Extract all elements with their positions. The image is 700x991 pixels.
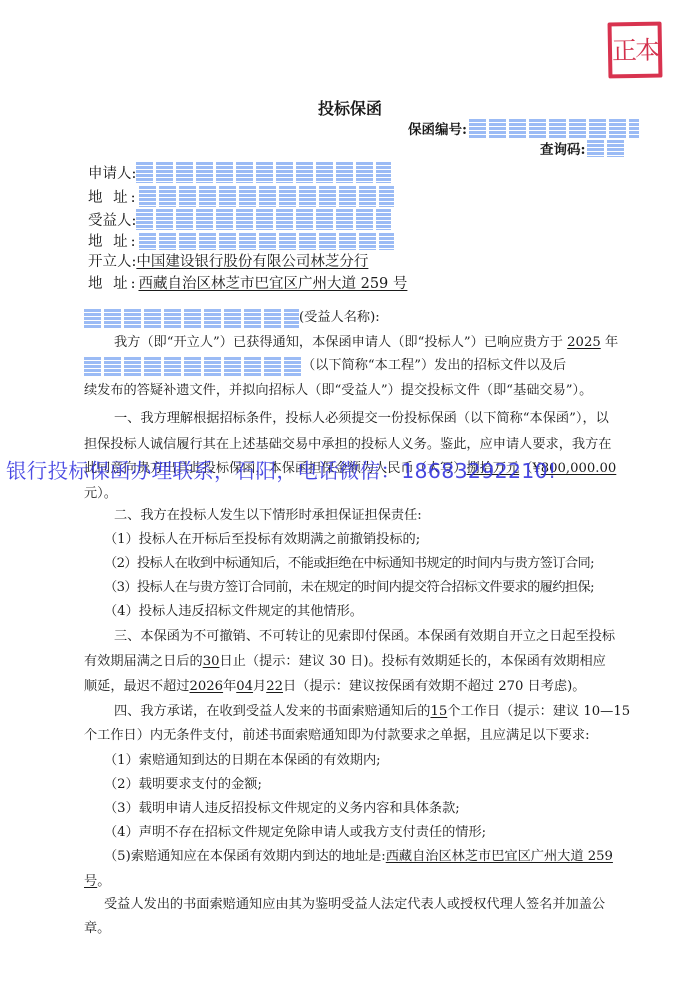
section-one-line-2: 担保投标人诚信履行其在上述基础交易中承担的投标人义务。鉴此，应申请人要求，我方在 bbox=[84, 438, 612, 451]
text: 年 bbox=[223, 679, 236, 694]
applicant-redacted bbox=[136, 161, 391, 183]
field-label: 地 址: bbox=[88, 230, 139, 251]
beneficiary-name-redacted bbox=[84, 308, 299, 328]
section-three-line-3: 顺延，最迟不超过2026年04月22日（提示：建议按保函有效期不超过 270 日… bbox=[84, 680, 585, 693]
field-label: 地 址: bbox=[88, 186, 139, 207]
section-two-item: （3）投标人在与贵方签订合同前，未在规定的时间内提交符合招标文件要求的履约担保; bbox=[104, 581, 594, 594]
section-four-item: （2）载明要求支付的金额; bbox=[104, 778, 262, 791]
guarantee-number-redacted bbox=[469, 118, 639, 138]
closing-line-1: 受益人发出的书面索赔通知应由其为鉴明受益人法定代表人或授权代理人签名并加盖公 bbox=[104, 898, 605, 911]
payment-work-days: 15 bbox=[431, 704, 448, 719]
claim-address: 西藏自治区林芝市巴宜区广州大道 259 bbox=[386, 849, 613, 864]
validity-days: 30 bbox=[203, 654, 220, 669]
project-name-redacted bbox=[84, 356, 302, 376]
guarantee-number-row: 保函编号: bbox=[408, 118, 639, 138]
beneficiary-address-redacted bbox=[139, 232, 394, 250]
field-label: 开立人: bbox=[88, 250, 136, 271]
beneficiary-field: 受益人: bbox=[88, 208, 391, 230]
section-one-line-4: 元）。 bbox=[84, 487, 117, 500]
contact-watermark-overlay: 银行投标保函办理联系，石阳，电话微信：18683292210! bbox=[6, 454, 557, 484]
section-two-item: （4）投标人违反招标文件规定的其他情形。 bbox=[104, 605, 363, 618]
applicant-field: 申请人: bbox=[88, 161, 391, 183]
section-two-item: （1）投标人在开标后至投标有效期满之前撤销投标的; bbox=[104, 533, 420, 546]
deadline-day: 22 bbox=[266, 679, 283, 694]
text: （以下简称“本工程”）发出的招标文件以及后 bbox=[302, 359, 566, 372]
text: 个工作日（提示：建议 10—15 bbox=[447, 704, 630, 719]
beneficiary-name-suffix: (受益人名称): bbox=[299, 311, 380, 324]
stamp-text: 正本 bbox=[612, 37, 658, 63]
beneficiary-redacted bbox=[136, 208, 391, 230]
guarantee-letter-page: 正本 投标保函 保函编号: 查询码: 申请人: 地 址: 受益人: 地 址: 开… bbox=[0, 0, 700, 991]
document-title: 投标保函 bbox=[0, 96, 700, 119]
addressee-line: (受益人名称): bbox=[84, 308, 380, 328]
issuer-field: 开立人: 中国建设银行股份有限公司林芝分行 bbox=[88, 250, 368, 271]
issuer-name: 中国建设银行股份有限公司林芝分行 bbox=[136, 250, 368, 271]
field-label: 地 址: bbox=[88, 272, 139, 293]
section-two-item: （2）投标人在收到中标通知后，不能或拒绝在中标通知书规定的时间内与贵方签订合同; bbox=[104, 557, 594, 570]
section-four-item: （1）索赔通知到达的日期在本保函的有效期内; bbox=[104, 754, 381, 767]
closing-line-2: 章。 bbox=[84, 922, 110, 935]
section-three-line-1: 三、本保函为不可撤销、不可转让的见索即付保函。本保函有效期自开立之日起至投标 bbox=[114, 630, 615, 643]
section-four-line-1: 四、我方承诺，在收到受益人发来的书面索赔通知后的15个工作日（提示：建议 10—… bbox=[114, 705, 630, 718]
guarantee-number-label: 保函编号: bbox=[408, 118, 467, 138]
applicant-address-field: 地 址: bbox=[88, 185, 394, 207]
text: 。 bbox=[97, 874, 110, 889]
text: 年 bbox=[605, 335, 618, 350]
query-code-redacted bbox=[587, 139, 625, 157]
text: （5)索赔通知应在本保函有效期内到达的地址是: bbox=[104, 849, 386, 864]
section-four-line-2: 个工作日）内无条件支付，前述书面索赔通知即为付款要求之单据，且应满足以下要求: bbox=[84, 729, 590, 742]
section-one-line-1: 一、我方理解根据招标条件，投标人必须提交一份投标保函（以下简称“本保函”），以 bbox=[114, 412, 609, 425]
text: 顺延，最迟不超过 bbox=[84, 679, 190, 694]
intro-line-2: （以下简称“本工程”）发出的招标文件以及后 bbox=[84, 356, 566, 376]
field-label: 申请人: bbox=[88, 162, 136, 183]
section-four-item-5-cont: 号。 bbox=[84, 875, 110, 888]
deadline-year: 2026 bbox=[190, 679, 224, 694]
text: 月 bbox=[253, 679, 266, 694]
intro-line-3: 续发布的答疑补遗文件，并拟向招标人（即“受益人”）提交投标文件（即“基础交易”）… bbox=[84, 384, 592, 397]
text: 我方（即“开立人”）已获得通知，本保函申请人（即“投标人”）已响应贵方于 bbox=[114, 335, 563, 350]
text: 有效期届满之日后的 bbox=[84, 654, 203, 669]
query-code-label: 查询码: bbox=[540, 138, 585, 158]
text: 日（提示：建议按保函有效期不超过 270 日考虑)。 bbox=[283, 679, 585, 694]
query-code-row: 查询码: bbox=[540, 138, 625, 158]
claim-address-cont: 号 bbox=[84, 874, 97, 889]
section-two-heading: 二、我方在投标人发生以下情形时承担保证担保责任: bbox=[114, 509, 422, 522]
applicant-address-redacted bbox=[139, 185, 394, 207]
section-three-line-2: 有效期届满之日后的30日止（提示：建议 30 日)。投标有效期延长的，本保函有效… bbox=[84, 655, 606, 668]
section-four-item: （3）载明申请人违反招投标文件规定的义务内容和具体条款; bbox=[104, 802, 460, 815]
section-four-item: （4）声明不存在招标文件规定免除申请人或我方支付责任的情形; bbox=[104, 826, 486, 839]
field-label: 受益人: bbox=[88, 209, 136, 230]
issuer-address-field: 地 址: 西藏自治区林芝市巴宜区广州大道 259 号 bbox=[88, 272, 407, 293]
beneficiary-address-field: 地 址: bbox=[88, 230, 394, 251]
intro-line-1: 我方（即“开立人”）已获得通知，本保函申请人（即“投标人”）已响应贵方于 202… bbox=[114, 336, 618, 349]
section-four-item-5: （5)索赔通知应在本保函有效期内到达的地址是:西藏自治区林芝市巴宜区广州大道 2… bbox=[104, 850, 613, 863]
deadline-month: 04 bbox=[236, 679, 253, 694]
bid-year: 2025 bbox=[567, 335, 601, 350]
issuer-address: 西藏自治区林芝市巴宜区广州大道 259 号 bbox=[139, 272, 408, 293]
text: 四、我方承诺，在收到受益人发来的书面索赔通知后的 bbox=[114, 704, 431, 719]
text: 日止（提示：建议 30 日)。投标有效期延长的，本保函有效期相应 bbox=[219, 654, 605, 669]
original-copy-stamp: 正本 bbox=[608, 22, 663, 79]
